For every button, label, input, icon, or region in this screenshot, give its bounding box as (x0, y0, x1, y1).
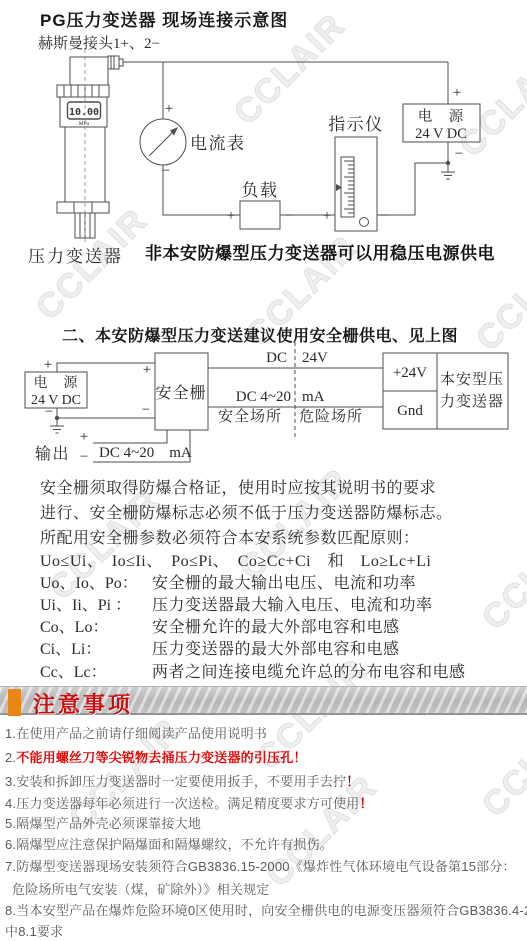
needle (149, 130, 175, 156)
note-number: 8. (5, 903, 16, 918)
polarity-minus: − (285, 208, 293, 224)
safety-barrier-label: 安全栅 (155, 384, 206, 402)
load-box (240, 201, 280, 229)
indicator-label: 指示仪 (328, 115, 384, 134)
barrier-paragraph-line2: 进行、安全栅防爆标志必须不低于压力变送器防爆标志。 (40, 500, 453, 523)
power-label-line1: 电 源 (418, 107, 465, 125)
note-text: 危险场所电气安装（煤，矿除外）》相关规定 (12, 882, 270, 897)
hex-collar (57, 85, 109, 97)
barrier-paragraph-line1: 安全栅须取得防爆合格证，使用时应按其说明书的要求 (40, 475, 436, 498)
note-number: 7. (5, 859, 16, 874)
note-number: 5. (5, 816, 16, 831)
note-number: 3. (5, 774, 16, 789)
note-item-4: 4.压力变送器每年必须进行一次送检。满足精度要求方可使用！ (5, 793, 373, 812)
hirschmann-connector-label: 赫斯曼接头1+、2− (38, 35, 160, 52)
terminal-gnd-label: Gnd (397, 403, 423, 419)
ammeter-label: 电流表 (190, 134, 246, 153)
safety-barrier-diagram: 电 源 24 V DC + − + − 安全栅 (0, 340, 527, 490)
note-text: 安装和拆卸压力变送器时一定要使用扳手，不要用手去拧 (16, 774, 346, 789)
output-label: 输出 (35, 445, 70, 463)
device-label-line2: 力变送器 (440, 393, 504, 410)
adjust-knob (360, 218, 369, 227)
note-item-5: 5.隔爆型产品外壳必须课靠接大地 (5, 813, 201, 832)
polarity-plus: + (165, 101, 173, 117)
definition-term: Ui、Ii、Pi ： (40, 592, 131, 615)
definition-term: Co、Lo： (40, 614, 108, 637)
note-item-2: 2.不能用螺丝刀等尖锐物去捅压力变送器的引压孔！ (5, 747, 307, 766)
watermark-text: CCLAIR (475, 511, 527, 638)
field-connection-diagram: 赫斯曼接头1+、2− 10.00 MPa (0, 35, 527, 275)
power-label-line2: 24 V DC (31, 393, 81, 408)
polarity-minus: − (80, 449, 88, 465)
barrier-paragraph-line3: 所配用安全栅参数必须符合本安系统参数匹配原则： (40, 525, 420, 548)
polarity-minus: − (45, 404, 53, 420)
polarity-plus: + (44, 357, 52, 373)
polarity-plus: + (453, 85, 461, 101)
definition-desc: 两者之间连接电缆允许总的分布电容和电感 (152, 659, 466, 682)
note-text: 当本安型产品在爆炸危险环境0区使用时，向安全栅供电的电源变压器须符合GB3836… (16, 903, 527, 918)
definition-desc: 压力变送器最大输入电压、电流和功率 (152, 592, 433, 615)
output-signal-label: DC 4~20 mA (99, 445, 192, 461)
definition-term: Ci、Li： (40, 636, 101, 659)
transmitter-label: 压力变送器 (28, 247, 123, 266)
scale-strip (341, 157, 354, 217)
note-item-1: 1.在使用产品之前请仔细阅读产品使用说明书 (5, 723, 267, 742)
load-label: 负载 (242, 181, 279, 200)
note-number: 1. (5, 726, 16, 741)
page-title: PG压力变送器 现场连接示意图 (40, 6, 288, 31)
note-text: 防爆型变送器现场安装须符合GB3836.15-2000《爆炸性气体环境电气设备第… (16, 859, 515, 874)
note-number: 2. (5, 750, 16, 765)
exclamation-mark: ！ (346, 774, 359, 789)
note-item-8: 8.当本安型产品在爆炸危险环境0区使用时，向安全栅供电的电源变压器须符合GB38… (5, 900, 527, 919)
dc24-label-left: DC (266, 350, 287, 366)
polarity-plus: + (143, 362, 151, 378)
definition-term: Cc、Lc： (40, 659, 107, 682)
indicator-instrument (335, 137, 377, 231)
note-item-7-line2: 危险场所电气安装（煤，矿除外）》相关规定 (12, 879, 270, 898)
note-number: 4. (5, 796, 16, 811)
definition-desc: 压力变送器的最大外部电容和电感 (152, 636, 400, 659)
matching-formula: Uo≤Ui、 Io≤Ii、 Po≤Pi、 Co≥Cc+Ci 和 Lo≥Lc+Li (40, 548, 431, 571)
dc24-label-right: 24V (302, 350, 328, 366)
note-item-8-line2: 中8.1要求 (5, 921, 63, 940)
polarity-plus: + (323, 208, 331, 224)
power-label-line2: 24 V DC (415, 126, 467, 142)
note-item-6: 6.隔爆型应注意保护隔爆面和隔爆螺纹，不允许有损伤。 (5, 834, 333, 853)
diagram1-caption: 非本安防爆型压力变送器可以用稳压电源供电 (145, 243, 495, 263)
note-text-warning: 不能用螺丝刀等尖锐物去捅压力变送器的引压孔！ (16, 750, 306, 765)
note-text: 隔爆型产品外壳必须课靠接大地 (16, 816, 201, 831)
wiring (123, 62, 448, 215)
safe-area-label: 安全场所 (218, 408, 282, 425)
pressure-transmitter-drawing: 10.00 MPa (57, 49, 123, 245)
dc420-label-right: mA (302, 389, 325, 405)
section2-title: 二、本安防爆型压力变送建议使用安全栅供电、见上图 (62, 323, 458, 346)
exclamation-mark: ！ (359, 796, 372, 811)
display-value: 10.00 (69, 107, 99, 118)
manual-page: CCLAIR CCLAIR CCLAIR CCLAIR CCLAIR CCLAI… (0, 0, 527, 941)
display-unit: MPa (79, 121, 90, 127)
polarity-minus: − (142, 402, 150, 418)
polarity-plus: + (80, 429, 88, 445)
terminal-plus-label: +24V (393, 365, 427, 381)
note-text: 隔爆型应注意保护隔爆面和隔爆螺纹，不允许有损伤。 (16, 837, 333, 852)
polarity-minus: − (455, 146, 463, 162)
note-number: 6. (5, 837, 16, 852)
power-label-line1: 电 源 (34, 374, 79, 391)
ground-symbol (50, 418, 64, 433)
orange-accent-bar (8, 689, 21, 716)
hazard-area-label: 危险场所 (299, 408, 363, 425)
dc420-label-left: DC 4~20 (236, 389, 291, 405)
note-item-7: 7.防爆型变送器现场安装须符合GB3836.15-2000《爆炸性气体环境电气设… (5, 856, 516, 875)
polarity-minus: − (381, 208, 389, 224)
note-text: 中8.1要求 (5, 924, 63, 939)
ammeter-symbol (140, 119, 186, 165)
note-item-3: 3.安装和拆卸压力变送器时一定要使用扳手，不要用手去拧！ (5, 771, 359, 790)
polarity-plus: + (227, 208, 235, 224)
watermark-text: CCLAIR (475, 698, 527, 825)
definition-term: Uo、Io、Po： (40, 570, 138, 593)
device-label-line1: 本安型压 (440, 370, 504, 388)
definition-desc: 安全栅的最大输出电压、电流和功率 (152, 570, 416, 593)
notice-section-header: 注意事项 (0, 686, 527, 715)
notice-title: 注意事项 (33, 688, 133, 719)
ground-symbol (441, 163, 455, 179)
note-text: 在使用产品之前请仔细阅读产品使用说明书 (16, 726, 267, 741)
hex-nut (57, 202, 109, 213)
definition-desc: 安全栅允许的最大外部电容和电感 (152, 614, 400, 637)
polarity-minus: − (162, 163, 170, 179)
is-transmitter-box (437, 353, 508, 429)
note-text: 压力变送器每年必须进行一次送检。满足精度要求方可使用 (16, 796, 359, 811)
